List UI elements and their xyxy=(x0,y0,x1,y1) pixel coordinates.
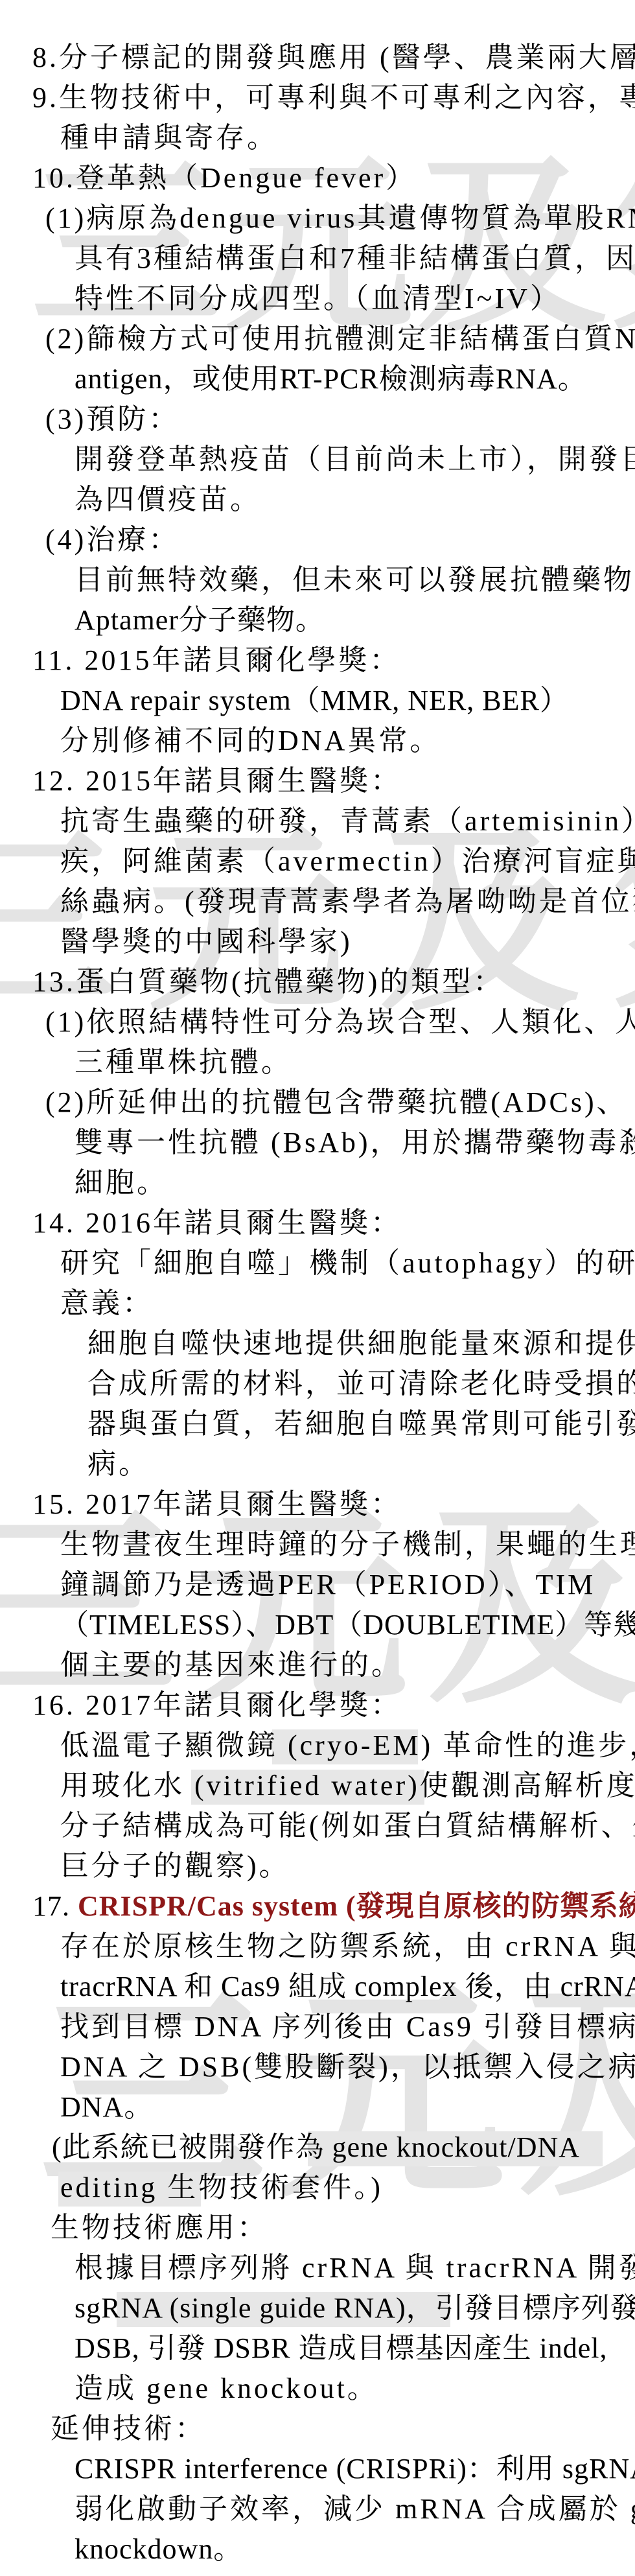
item-17-heading: 17. CRISPR/Cas system (發現自原核的防禦系統) xyxy=(0,1886,635,1926)
text-line: （TIMELESS）、DBT（DOUBLETIME）等幾 xyxy=(0,1605,635,1645)
text-line: antigen，或使用RT-PCR檢測病毒RNA。 xyxy=(0,359,635,399)
text-line: DSB, 引發 DSBR 造成目標基因產生 indel, xyxy=(0,2328,635,2369)
text-line: 開發登革熱疫苗（目前尚未上市），開發目標 xyxy=(0,439,635,480)
text-line: 合成所需的材料，並可清除老化時受損的胞 xyxy=(0,1364,635,1404)
text-line: knockdown。 xyxy=(0,2529,635,2570)
text-line: CRISPR interference (CRISPRi)：利用 sgRNA xyxy=(0,2449,635,2489)
text-line: (1)病原為dengue virus其遺傳物質為單股RNA並 xyxy=(0,198,635,239)
text-line: 分別修補不同的DNA異常。 xyxy=(0,721,635,761)
text-line: 延伸技術： xyxy=(0,2409,635,2449)
text-line: 生物晝夜生理時鐘的分子機制，果蠅的生理時 xyxy=(0,1525,635,1565)
item-17-title: CRISPR/Cas system (發現自原核的防禦系統) xyxy=(78,1890,635,1922)
text-line: 14. 2016年諾貝爾生醫獎： xyxy=(0,1203,635,1243)
text-line: (2)所延伸出的抗體包含帶藥抗體(ADCs)、 xyxy=(0,1083,635,1123)
text-line: 特性不同分成四型。（血清型I~IV） xyxy=(0,279,635,319)
text-line: 分子結構成為可能(例如蛋白質結構解析、生化 xyxy=(0,1806,635,1846)
text-line: 12. 2015年諾貝爾生醫獎： xyxy=(0,761,635,801)
text-line: DNA repair system（MMR, NER, BER） xyxy=(0,681,635,721)
document-text: 8.分子標記的開發與應用 (醫學、農業兩大層面) 9.生物技術中，可專利與不可專… xyxy=(0,38,635,2570)
text-line: 絲蟲病。(發現青蒿素學者為屠呦呦是首位獲得 xyxy=(0,882,635,922)
item-17-number: 17. xyxy=(32,1890,78,1922)
text-line: 9.生物技術中，可專利與不可專利之內容，專利菌 xyxy=(0,78,635,118)
text-line: (此系統已被開發作為 gene knockout/DNA xyxy=(0,2127,635,2168)
text-line: 15. 2017年諾貝爾生醫獎： xyxy=(0,1484,635,1525)
text-line: editing 生物技術套件。) xyxy=(0,2168,635,2208)
text-line: sgRNA (single guide RNA)，引發目標序列發生 xyxy=(0,2288,635,2328)
text-line: 醫學獎的中國科學家) xyxy=(0,922,635,962)
text-line: 造成 gene knockout。 xyxy=(0,2369,635,2409)
text-line: 生物技術應用： xyxy=(0,2208,635,2248)
text-line: 研究「細胞自噬」機制（autophagy）的研究與 xyxy=(0,1243,635,1283)
text-line: 鐘調節乃是透過PER（PERIOD）、TIM xyxy=(0,1565,635,1605)
text-line: DNA 之 DSB(雙股斷裂)，以抵禦入侵之病毒 xyxy=(0,2047,635,2087)
text-line: 8.分子標記的開發與應用 (醫學、農業兩大層面) xyxy=(0,38,635,78)
text-line: 抗寄生蟲藥的研發，青蒿素（artemisinin）抗瘧 xyxy=(0,801,635,841)
text-line: 16. 2017年諾貝爾化學獎： xyxy=(0,1685,635,1726)
text-line: 用玻化水 (vitrified water)使觀測高解析度生物 xyxy=(0,1766,635,1806)
text-line: (1)依照結構特性可分為崁合型、人類化、人源 xyxy=(0,1002,635,1042)
text-line: 找到目標 DNA 序列後由 Cas9 引發目標病毒 xyxy=(0,2007,635,2047)
text-line: 三種單株抗體。 xyxy=(0,1042,635,1083)
text-line: (3)預防： xyxy=(0,399,635,439)
text-line: (4)治療： xyxy=(0,520,635,560)
text-line: 意義： xyxy=(0,1283,635,1324)
text-line: 病。 xyxy=(0,1444,635,1484)
text-line: 具有3種結構蛋白和7種非結構蛋白質，因抗原 xyxy=(0,239,635,279)
text-line: 弱化啟動子效率，減少 mRNA 合成屬於 gene xyxy=(0,2489,635,2529)
text-line: 根據目標序列將 crRNA 與 tracrRNA 開發成為 xyxy=(0,2248,635,2288)
text-line: 器與蛋白質，若細胞自噬異常則可能引發疾 xyxy=(0,1404,635,1444)
text-line: 目前無特效藥，但未來可以發展抗體藥物或是 xyxy=(0,560,635,600)
text-line: 低溫電子顯微鏡 (cryo-EM) 革命性的進步，利 xyxy=(0,1726,635,1766)
text-line: 細胞自噬快速地提供細胞能量來源和提供新 xyxy=(0,1324,635,1364)
text-line: 存在於原核生物之防禦系統，由 crRNA 與 xyxy=(0,1926,635,1967)
text-line: 巨分子的觀察)。 xyxy=(0,1846,635,1886)
text-line: 個主要的基因來進行的。 xyxy=(0,1645,635,1685)
text-line: 雙專一性抗體 (BsAb)，用於攜帶藥物毒殺癌 xyxy=(0,1123,635,1163)
text-line: tracrRNA 和 Cas9 組成 complex 後，由 crRNA xyxy=(0,1967,635,2007)
scanned-notes-page: 三元及第 三元及第 三元及第 三元及第 8.分子標記的開發與應用 (醫學、農業兩… xyxy=(0,0,635,2576)
text-line: 11. 2015年諾貝爾化學獎： xyxy=(0,640,635,681)
text-line: 種申請與寄存。 xyxy=(0,118,635,158)
text-line: DNA。 xyxy=(0,2087,635,2127)
text-line: 10.登革熱（Dengue fever） xyxy=(0,158,635,198)
text-line: (2)篩檢方式可使用抗體測定非結構蛋白質NS1 xyxy=(0,319,635,359)
text-line: 細胞。 xyxy=(0,1163,635,1203)
text-line: 13.蛋白質藥物(抗體藥物)的類型： xyxy=(0,962,635,1002)
text-line: 為四價疫苗。 xyxy=(0,480,635,520)
text-line: 疾，阿維菌素（avermectin）治療河盲症與淋巴 xyxy=(0,841,635,882)
text-line: Aptamer分子藥物。 xyxy=(0,600,635,640)
